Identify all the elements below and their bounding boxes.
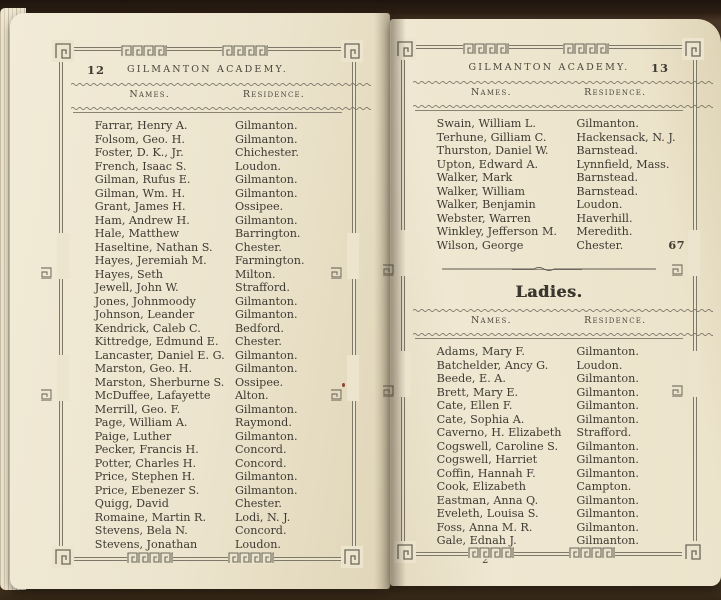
student-residence: Barnstead.	[576, 185, 638, 199]
student-name: Gilman, Wm. H.	[95, 187, 185, 201]
student-name: Swain, William L.	[437, 117, 536, 131]
page-number: 13	[651, 61, 669, 75]
student-name: Cate, Sophia A.	[437, 413, 525, 427]
student-name: Walker, Mark	[437, 171, 513, 185]
table-row: Wilson, George Chester. 67	[405, 239, 693, 253]
wavy-rule	[413, 332, 713, 337]
table-row: Beede, E. A. Gilmanton.	[405, 372, 693, 386]
greek-key-ornament	[399, 230, 411, 276]
table-row: Walker, William Barnstead.	[405, 185, 693, 199]
table-row: Price, Ebenezer S. Gilmanton.	[63, 484, 352, 498]
student-residence: Loudon.	[235, 160, 281, 174]
student-name: Marston, Geo. H.	[95, 362, 192, 376]
student-name: Hayes, Jeremiah M.	[95, 254, 207, 268]
table-row: Farrar, Henry A. Gilmanton.	[63, 119, 352, 133]
table-row: Page, William A. Raymond.	[63, 416, 352, 430]
right-page: GILMANTON ACADEMY. 13 Names. Residence. …	[390, 19, 721, 586]
greek-key-ornament	[468, 547, 514, 559]
student-name: Page, William A.	[95, 416, 188, 430]
greek-key-ornament	[57, 355, 69, 401]
section-divider	[442, 265, 656, 273]
student-name: Kittredge, Edmund E.	[95, 335, 219, 349]
greek-key-ornament	[347, 233, 359, 279]
student-residence: Gilmanton.	[576, 386, 639, 400]
residence-column-header: Residence.	[555, 87, 676, 98]
residence-column-header: Residence.	[555, 315, 676, 326]
student-residence: Gilmanton.	[576, 494, 639, 508]
running-head: GILMANTON ACADEMY.	[405, 62, 693, 73]
table-row: Gale, Ednah J. Gilmanton.	[405, 534, 693, 548]
table-row: Merrill, Geo. F. Gilmanton.	[63, 403, 352, 417]
student-residence: Lodi, N. J.	[235, 511, 290, 525]
page-border-frame: 12 GILMANTON ACADEMY. Names. Residence. …	[62, 50, 353, 558]
student-residence: Gilmanton.	[235, 308, 298, 322]
student-name: Foster, D. K., Jr.	[95, 146, 184, 160]
student-name: Coffin, Hannah F.	[437, 467, 536, 481]
greek-key-ornament	[341, 546, 363, 568]
student-table-body: Adams, Mary F. Gilmanton. Batchelder, An…	[405, 345, 693, 548]
left-page: 12 GILMANTON ACADEMY. Names. Residence. …	[10, 13, 390, 589]
student-residence: Loudon.	[576, 359, 622, 373]
student-residence: Loudon.	[235, 538, 281, 552]
student-name: Haseltine, Nathan S.	[95, 241, 213, 255]
greek-key-ornament	[563, 43, 609, 55]
student-residence: Barrington.	[235, 227, 301, 241]
table-row: Romaine, Martin R. Lodi, N. J.	[63, 511, 352, 525]
table-row: Grant, James H. Ossipee.	[63, 200, 352, 214]
table-row: Cook, Elizabeth Campton.	[405, 480, 693, 494]
table-row: Swain, William L. Gilmanton.	[405, 117, 693, 131]
rule-line	[73, 112, 342, 113]
student-name: Brett, Mary E.	[437, 386, 518, 400]
student-residence: Barnstead.	[576, 144, 638, 158]
student-name: Eveleth, Louisa S.	[437, 507, 539, 521]
student-residence: Concord.	[235, 457, 287, 471]
table-row: Thurston, Daniel W. Barnstead.	[405, 144, 693, 158]
table-row: Foster, D. K., Jr. Chichester.	[63, 146, 352, 160]
book-photo: 12 GILMANTON ACADEMY. Names. Residence. …	[0, 0, 721, 600]
table-row: Folsom, Geo. H. Gilmanton.	[63, 133, 352, 147]
student-name: Cogswell, Caroline S.	[437, 440, 558, 454]
greek-key-ornament	[52, 40, 74, 62]
student-name: Romaine, Martin R.	[95, 511, 206, 525]
page-border-frame: GILMANTON ACADEMY. 13 Names. Residence. …	[404, 48, 694, 553]
student-name: Jones, Johnmoody	[95, 295, 196, 309]
rule-line	[415, 338, 683, 339]
student-name: Folsom, Geo. H.	[95, 133, 185, 147]
student-name: Merrill, Geo. F.	[95, 403, 180, 417]
student-residence: Gilmanton.	[235, 362, 298, 376]
student-residence: Gilmanton.	[235, 403, 298, 417]
page-number: 12	[87, 63, 105, 77]
student-residence: Chester.	[235, 497, 282, 511]
table-row: Upton, Edward A. Lynnfield, Mass.	[405, 158, 693, 172]
student-name: French, Isaac S.	[95, 160, 187, 174]
student-residence: Concord.	[235, 524, 287, 538]
student-name: Hale, Matthew	[95, 227, 179, 241]
greek-key-ornament	[52, 546, 74, 568]
table-row: Hale, Matthew Barrington.	[63, 227, 352, 241]
student-residence: Loudon.	[576, 198, 622, 212]
table-row: Cogswell, Caroline S. Gilmanton.	[405, 440, 693, 454]
student-name: Grant, James H.	[95, 200, 186, 214]
student-name: Stevens, Bela N.	[95, 524, 188, 538]
student-name: Terhune, Gilliam C.	[437, 131, 547, 145]
student-name: McDuffee, Lafayette	[95, 389, 211, 403]
student-residence: Gilmanton.	[576, 117, 639, 131]
student-residence: Campton.	[576, 480, 631, 494]
greek-key-ornament	[688, 351, 700, 397]
student-residence: Gilmanton.	[576, 453, 639, 467]
student-name: Thurston, Daniel W.	[437, 144, 549, 158]
student-residence: Gilmanton.	[235, 470, 298, 484]
greek-key-ornament	[341, 40, 363, 62]
student-residence: Alton.	[235, 389, 269, 403]
student-name: Gale, Ednah J.	[437, 534, 517, 548]
table-header-row: Names. Residence.	[405, 87, 693, 102]
table-row: Marston, Geo. H. Gilmanton.	[63, 362, 352, 376]
student-name: Beede, E. A.	[437, 372, 506, 386]
student-residence: Bedford.	[235, 322, 284, 336]
paper-speck	[342, 383, 345, 387]
student-residence: Gilmanton.	[576, 372, 639, 386]
table-row: Stevens, Jonathan Loudon.	[63, 538, 352, 552]
table-header-row: Names. Residence.	[405, 315, 693, 330]
table-row: Terhune, Gilliam C. Hackensack, N. J.	[405, 131, 693, 145]
student-name: Quigg, David	[95, 497, 169, 511]
student-residence: Gilmanton.	[576, 413, 639, 427]
student-residence: Farmington.	[235, 254, 305, 268]
student-residence: Gilmanton.	[235, 187, 298, 201]
student-name: Farrar, Henry A.	[95, 119, 188, 133]
student-name: Adams, Mary F.	[437, 345, 525, 359]
student-residence: Gilmanton.	[235, 119, 298, 133]
student-name: Price, Ebenezer S.	[95, 484, 199, 498]
ladies-section-heading: Ladies.	[405, 282, 693, 301]
student-name: Johnson, Leander	[95, 308, 194, 322]
student-name: Upton, Edward A.	[437, 158, 538, 172]
wavy-rule	[413, 80, 713, 85]
table-row: Kendrick, Caleb C. Bedford.	[63, 322, 352, 336]
student-residence: Chester.	[235, 241, 282, 255]
table-row: Eastman, Anna Q. Gilmanton.	[405, 494, 693, 508]
rule-line	[415, 110, 683, 111]
student-name: Eastman, Anna Q.	[437, 494, 539, 508]
enrollment-count: 67	[668, 239, 685, 253]
wavy-rule	[71, 82, 371, 87]
student-name: Walker, Benjamin	[437, 198, 536, 212]
student-name: Jewell, John W.	[95, 281, 179, 295]
student-residence: Chichester.	[235, 146, 299, 160]
student-residence: Gilmanton.	[576, 467, 639, 481]
table-row: Quigg, David Chester.	[63, 497, 352, 511]
table-row: Lancaster, Daniel E. G. Gilmanton.	[63, 349, 352, 363]
wavy-rule	[413, 104, 713, 109]
student-residence: Gilmanton.	[235, 484, 298, 498]
student-residence: Gilmanton.	[576, 521, 639, 535]
student-name: Gilman, Rufus E.	[95, 173, 191, 187]
student-residence: Ossipee.	[235, 376, 283, 390]
table-row: Adams, Mary F. Gilmanton.	[405, 345, 693, 359]
student-residence: Gilmanton.	[576, 440, 639, 454]
greek-key-ornament	[222, 45, 268, 57]
student-residence: Milton.	[235, 268, 276, 282]
student-residence: Gilmanton.	[235, 173, 298, 187]
table-row: Walker, Mark Barnstead.	[405, 171, 693, 185]
table-row: Johnson, Leander Gilmanton.	[63, 308, 352, 322]
table-row: Haseltine, Nathan S. Chester.	[63, 241, 352, 255]
table-row: Marston, Sherburne S. Ossipee.	[63, 376, 352, 390]
student-name: Foss, Anna M. R.	[437, 521, 533, 535]
table-header-row: Names. Residence.	[63, 89, 352, 104]
student-table-body: Farrar, Henry A. Gilmanton. Folsom, Geo.…	[63, 119, 352, 551]
student-name: Caverno, H. Elizabeth	[437, 426, 562, 440]
student-name: Marston, Sherburne S.	[95, 376, 225, 390]
student-name: Stevens, Jonathan	[95, 538, 197, 552]
table-row: French, Isaac S. Loudon.	[63, 160, 352, 174]
table-row: Ham, Andrew H. Gilmanton.	[63, 214, 352, 228]
student-residence: Lynnfield, Mass.	[576, 158, 669, 172]
greek-key-ornament	[682, 38, 704, 60]
student-residence: Raymond.	[235, 416, 292, 430]
student-table-body: Swain, William L. Gilmanton. Terhune, Gi…	[405, 117, 693, 252]
student-name: Wilson, George	[437, 239, 524, 253]
table-row: Winkley, Jefferson M. Meredith.	[405, 225, 693, 239]
student-name: Potter, Charles H.	[95, 457, 196, 471]
student-name: Price, Stephen H.	[95, 470, 195, 484]
table-row: Hayes, Seth Milton.	[63, 268, 352, 282]
greek-key-ornament	[688, 230, 700, 276]
table-row: Eveleth, Louisa S. Gilmanton.	[405, 507, 693, 521]
table-row: Batchelder, Ancy G. Loudon.	[405, 359, 693, 373]
residence-column-header: Residence.	[213, 89, 334, 100]
table-row: Gilman, Wm. H. Gilmanton.	[63, 187, 352, 201]
student-name: Batchelder, Ancy G.	[437, 359, 549, 373]
table-row: Price, Stephen H. Gilmanton.	[63, 470, 352, 484]
table-row: Gilman, Rufus E. Gilmanton.	[63, 173, 352, 187]
table-row: Paige, Luther Gilmanton.	[63, 430, 352, 444]
student-residence: Meredith.	[576, 225, 632, 239]
table-row: Cogswell, Harriet Gilmanton.	[405, 453, 693, 467]
student-residence: Ossipee.	[235, 200, 283, 214]
names-column-header: Names.	[434, 87, 549, 98]
table-row: Caverno, H. Elizabeth Strafford.	[405, 426, 693, 440]
table-row: Pecker, Francis H. Concord.	[63, 443, 352, 457]
student-name: Cogswell, Harriet	[437, 453, 537, 467]
student-name: Hayes, Seth	[95, 268, 163, 282]
student-residence: Gilmanton.	[235, 295, 298, 309]
greek-key-ornament	[463, 43, 509, 55]
wavy-rule	[413, 308, 713, 313]
table-row: Jones, Johnmoody Gilmanton.	[63, 295, 352, 309]
table-row: Foss, Anna M. R. Gilmanton.	[405, 521, 693, 535]
greek-key-ornament	[682, 541, 704, 563]
student-residence: Hackensack, N. J.	[576, 131, 675, 145]
greek-key-ornament	[121, 45, 167, 57]
student-name: Kendrick, Caleb C.	[95, 322, 201, 336]
student-residence: Gilmanton.	[576, 534, 639, 548]
student-residence: Gilmanton.	[576, 507, 639, 521]
student-residence: Gilmanton.	[235, 430, 298, 444]
greek-key-ornament	[394, 38, 416, 60]
student-residence: Chester.	[576, 239, 623, 253]
student-name: Pecker, Francis H.	[95, 443, 199, 457]
table-row: Walker, Benjamin Loudon.	[405, 198, 693, 212]
greek-key-ornament	[399, 351, 411, 397]
student-name: Webster, Warren	[437, 212, 531, 226]
student-residence: Gilmanton.	[576, 345, 639, 359]
student-residence: Strafford.	[576, 426, 631, 440]
student-name: Walker, William	[437, 185, 525, 199]
student-residence: Chester.	[235, 335, 282, 349]
student-residence: Barnstead.	[576, 171, 638, 185]
student-name: Cook, Elizabeth	[437, 480, 526, 494]
table-row: McDuffee, Lafayette Alton.	[63, 389, 352, 403]
table-row: Brett, Mary E. Gilmanton.	[405, 386, 693, 400]
table-row: Hayes, Jeremiah M. Farmington.	[63, 254, 352, 268]
student-residence: Concord.	[235, 443, 287, 457]
names-column-header: Names.	[434, 315, 549, 326]
table-row: Kittredge, Edmund E. Chester.	[63, 335, 352, 349]
student-name: Winkley, Jefferson M.	[437, 225, 557, 239]
table-row: Cate, Ellen F. Gilmanton.	[405, 399, 693, 413]
table-row: Jewell, John W. Strafford.	[63, 281, 352, 295]
greek-key-ornament	[394, 541, 416, 563]
running-head: GILMANTON ACADEMY.	[63, 64, 352, 75]
student-residence: Gilmanton.	[235, 133, 298, 147]
table-row: Webster, Warren Haverhill.	[405, 212, 693, 226]
names-column-header: Names.	[92, 89, 208, 100]
greek-key-ornament	[569, 547, 615, 559]
student-name: Paige, Luther	[95, 430, 171, 444]
student-name: Lancaster, Daniel E. G.	[95, 349, 225, 363]
student-residence: Gilmanton.	[576, 399, 639, 413]
student-name: Ham, Andrew H.	[95, 214, 190, 228]
greek-key-ornament	[347, 355, 359, 401]
student-residence: Gilmanton.	[235, 214, 298, 228]
wavy-rule	[71, 106, 371, 111]
greek-key-ornament	[57, 233, 69, 279]
greek-key-ornament	[127, 552, 173, 564]
student-name: Cate, Ellen F.	[437, 399, 513, 413]
table-row: Coffin, Hannah F. Gilmanton.	[405, 467, 693, 481]
student-residence: Gilmanton.	[235, 349, 298, 363]
greek-key-ornament	[228, 552, 274, 564]
table-row: Stevens, Bela N. Concord.	[63, 524, 352, 538]
student-residence: Strafford.	[235, 281, 290, 295]
table-row: Cate, Sophia A. Gilmanton.	[405, 413, 693, 427]
table-row: Potter, Charles H. Concord.	[63, 457, 352, 471]
student-residence: Haverhill.	[576, 212, 632, 226]
